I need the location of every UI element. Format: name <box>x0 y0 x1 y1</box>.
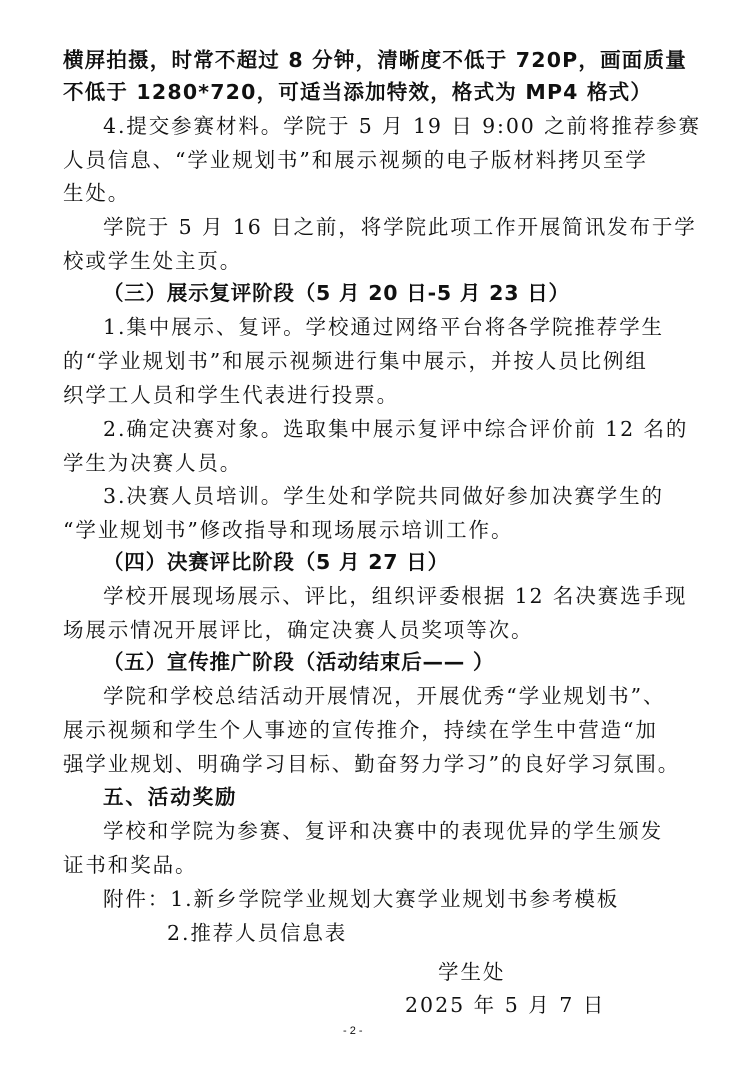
signature-org: 学生处 <box>438 955 506 985</box>
page-number: - 2 - <box>343 1025 363 1037</box>
paragraph-line: 2.确定决赛对象。选取集中展示复评中综合评价前 12 名的 <box>103 415 703 443</box>
paragraph-line: 校或学生处主页。 <box>63 247 663 275</box>
attachment-line-2: 2.推荐人员信息表 <box>167 919 736 947</box>
paragraph-line: 1.集中展示、复评。学校通过网络平台将各学院推荐学生 <box>103 313 703 341</box>
paragraph-line: 人员信息、“学业规划书”和展示视频的电子版材料拷贝至学 <box>63 146 663 174</box>
paragraph-line: 证书和奖品。 <box>63 851 663 879</box>
paragraph-line: 学院和学校总结活动开展情况，开展优秀“学业规划书”、 <box>103 682 703 710</box>
signature-date: 2025 年 5 月 7 日 <box>405 988 605 1018</box>
paragraph-line: 学校开展现场展示、评比，组织评委根据 12 名决赛选手现 <box>103 582 703 610</box>
section-title-rewards: 五、活动奖励 <box>103 783 703 811</box>
paragraph-line: 展示视频和学生个人事迹的宣传推介，持续在学生中营造“加 <box>63 716 663 744</box>
attachment-line-1: 附件：1.新乡学院学业规划大赛学业规划书参考模板 <box>103 885 703 913</box>
paragraph-line: 生处。 <box>63 179 663 207</box>
paragraph-line: 学校和学院为参赛、复评和决赛中的表现优异的学生颁发 <box>103 817 703 845</box>
paragraph-line: 学生为决赛人员。 <box>63 449 663 477</box>
paragraph-line: 学院于 5 月 16 日之前，将学院此项工作开展简讯发布于学 <box>103 213 703 241</box>
paragraph-line: “学业规划书”修改指导和现场展示培训工作。 <box>63 516 663 544</box>
paragraph-line: 场展示情况开展评比，确定决赛人员奖项等次。 <box>63 616 663 644</box>
paragraph-line: 强学业规划、明确学习目标、勤奋努力学习”的良好学习氛围。 <box>63 750 663 778</box>
paragraph-line: 3.决赛人员培训。学生处和学院共同做好参加决赛学生的 <box>103 482 703 510</box>
paragraph-line: 织学工人员和学生代表进行投票。 <box>63 381 663 409</box>
paragraph-line: 横屏拍摄，时常不超过 8 分钟，清晰度不低于 720P，画面质量 <box>63 46 663 74</box>
section-heading-5: （五）宣传推广阶段（活动结束后—— ） <box>103 648 703 676</box>
paragraph-line: 的“学业规划书”和展示视频进行集中展示，并按人员比例组 <box>63 347 663 375</box>
paragraph-line: 4.提交参赛材料。学院于 5 月 19 日 9:00 之前将推荐参赛 <box>103 112 703 140</box>
document-page: 横屏拍摄，时常不超过 8 分钟，清晰度不低于 720P，画面质量 不低于 128… <box>0 0 736 1083</box>
section-heading-3: （三）展示复评阶段（5 月 20 日-5 月 23 日） <box>103 279 703 307</box>
section-heading-4: （四）决赛评比阶段（5 月 27 日） <box>103 548 703 576</box>
paragraph-line: 不低于 1280*720，可适当添加特效，格式为 MP4 格式） <box>63 78 663 106</box>
